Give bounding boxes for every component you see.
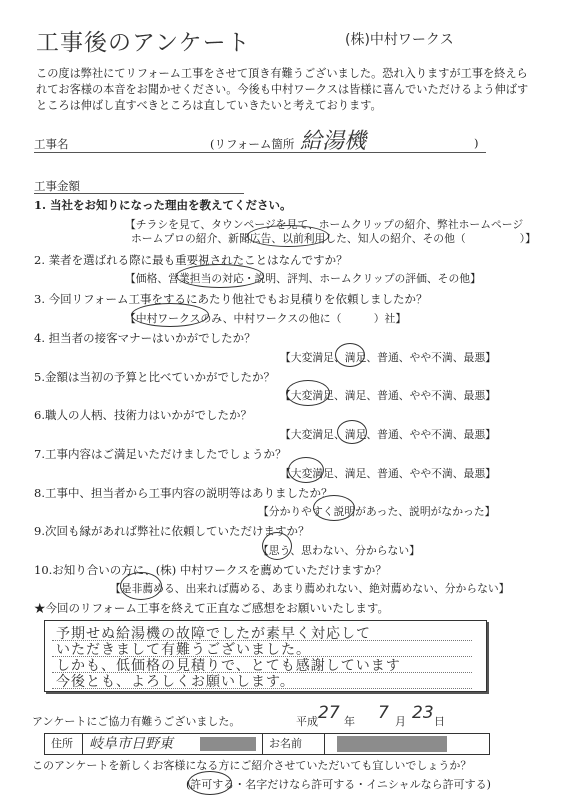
answer-circle-5 [286, 380, 330, 406]
question-5: 5.金額は当初の予算と比べていかがでしたか？ [34, 369, 275, 385]
question-10: 10.お知り合いの方に、(株) 中村ワークスを薦めていただけますか？ [34, 562, 387, 578]
contact-table: 住所 岐阜市日野東 お名前 [44, 733, 490, 755]
name-label: お名前 [263, 734, 325, 754]
comment-line-4: 今後とも、よろしくお願いします。 [56, 671, 295, 691]
reform-location-value[interactable]: 給湯機 [300, 124, 366, 155]
permission-answer-circle [188, 771, 232, 795]
question-8: 8.工事中、担当者から工事内容の説明等はありましたか？ [34, 485, 332, 501]
answer-circle-3 [131, 303, 209, 327]
work-name-underline [34, 152, 486, 153]
question-8-options: 【分かりやすく説明があった、説明がなかった】 [258, 504, 495, 519]
question-4-options: 【大変満足、満足、普通、やや不満、最悪】 [280, 350, 496, 365]
date-month-label: 月 [395, 713, 406, 729]
question-4: 4. 担当者の接客マナーはいかがでしたか？ [34, 330, 256, 346]
thanks-text: アンケートにご協力有難うございました。 [32, 713, 240, 729]
redacted-name-block [337, 736, 447, 752]
amount-label: 工事金額 [34, 178, 80, 194]
answer-circle-7 [288, 457, 324, 483]
work-name-label: 工事名 [34, 136, 69, 152]
date-month[interactable]: 7 [378, 703, 389, 723]
answer-circle-1 [247, 225, 329, 247]
address-label: 住所 [45, 734, 83, 754]
answer-circle-4 [335, 343, 365, 367]
question-10-options: 【是非薦める、出来れば薦める、あまり薦めれない、絶対薦めない、分からない】 [110, 581, 509, 596]
answer-circle-10 [120, 572, 162, 600]
amount-underline[interactable] [34, 193, 244, 194]
survey-title: 工事後のアンケート [36, 24, 251, 57]
company-name: (株)中村ワークス [345, 29, 454, 49]
question-6-options: 【大変満足、満足、普通、やや不満、最悪】 [280, 427, 496, 442]
reform-location-label: (リフォーム箇所 [210, 136, 294, 152]
date-year-label: 年 [344, 713, 355, 729]
question-7: 7.工事内容はご満足いただけましたでしょうか？ [34, 446, 286, 462]
intro-text: この度は弊社にてリフォーム工事をさせて頂き有難うございました。恐れ入りますが工事… [36, 66, 536, 114]
permission-question: このアンケートを新しくお客様になる方にご紹介させていただいても宜しいでしょうか？ [32, 757, 471, 773]
answer-circle-2 [176, 264, 264, 288]
answer-circle-8 [313, 495, 355, 521]
reform-close-paren: ) [474, 136, 479, 150]
redacted-address-block [200, 737, 256, 751]
date-day[interactable]: 23 [412, 703, 434, 723]
question-1-options-line1: 【チラシを見て、タウンページを見て、ホームクリップの紹介、弊社ホームページ [125, 217, 523, 232]
question-1-options-line2: ホームプロの紹介、新聞広告、以前利用した、知人の紹介、その他（ ）】 [131, 231, 536, 246]
date-day-label: 日 [434, 713, 445, 729]
question-2: 2. 業者を選ばれる際に最も重要視されたことはなんですか？ [34, 252, 348, 268]
question-1: 1. 当社をお知りになった理由を教えてください。 [34, 197, 292, 213]
question-3: 3. 今回リフォーム工事をするにあたり他社でもお見積りを依頼しましたか？ [34, 291, 428, 307]
answer-circle-6 [337, 420, 367, 444]
date-era: 平成 [296, 713, 318, 729]
comment-prompt: ★今回のリフォーム工事を終えて正直なご感想をお願いいたします。 [34, 600, 389, 616]
answer-circle-9 [262, 532, 292, 560]
question-6: 6.職人の人柄、技術力はいかがでしたか？ [34, 407, 252, 423]
date-year[interactable]: 27 [318, 703, 340, 723]
